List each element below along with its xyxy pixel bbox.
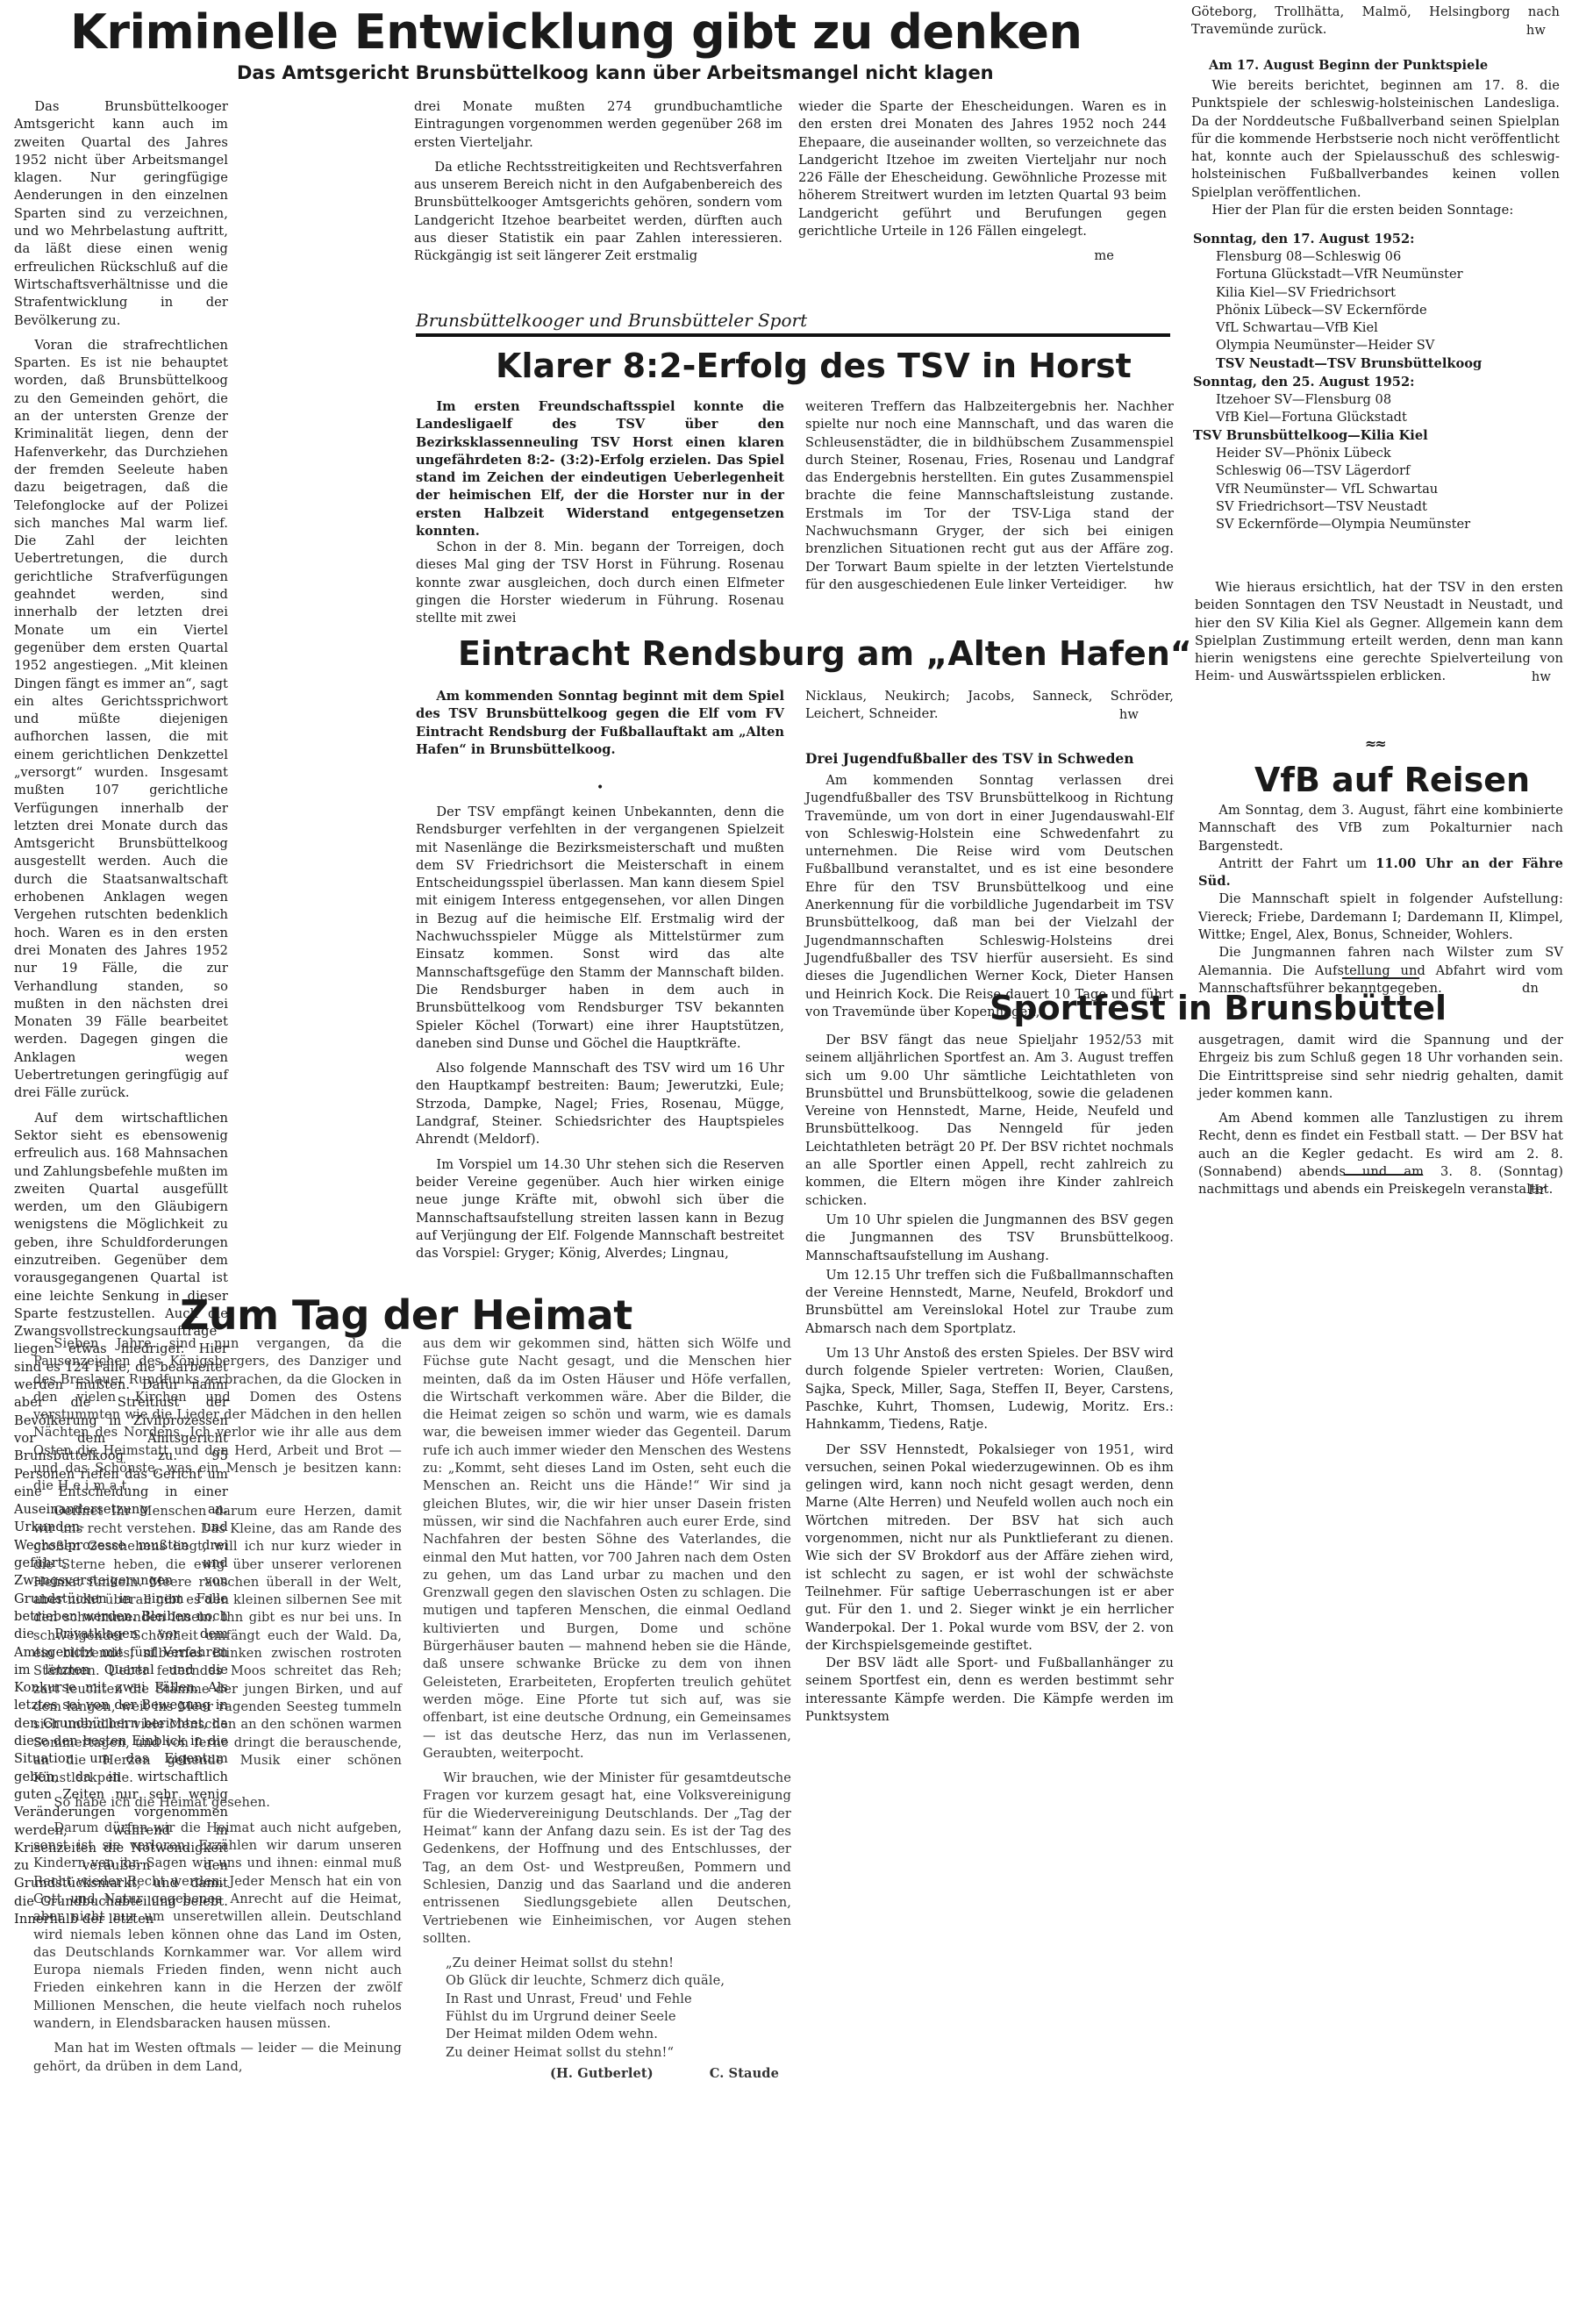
article8-paragraph: Man hat im Westen oftmals — leider — die… bbox=[33, 2040, 402, 2076]
article2-headline: Klarer 8:2-Erfolg des TSV in Horst bbox=[496, 346, 1132, 386]
article8-paragraph: Wir brauchen, wie der Minister für gesam… bbox=[423, 1770, 791, 1948]
fixture-row: Schleswig 06—TSV Lägerdorf bbox=[1193, 462, 1561, 480]
fixture-row: Phönix Lübeck—SV Eckernförde bbox=[1193, 302, 1561, 319]
article8-headline: Zum Tag der Heimat bbox=[180, 1288, 632, 1342]
article3-column-1: Der TSV empfängt keinen Unbekannten, den… bbox=[416, 804, 784, 1269]
fixture-row: Flensburg 08—Schleswig 06 bbox=[1193, 248, 1561, 266]
article5-intro: Wie bereits berichtet, beginnen am 17. 8… bbox=[1191, 77, 1560, 226]
article5-outro: Wie hieraus ersichtlich, hat der TSV in … bbox=[1195, 579, 1563, 686]
article3-paragraph: Also folgende Mannschaft des TSV wird um… bbox=[416, 1060, 784, 1148]
article8-paragraph: Oeffnet Ihr Menschen darum eure Herzen, … bbox=[33, 1503, 402, 1788]
article2-column-1: Schon in der 8. Min. begann der Torreige… bbox=[416, 539, 784, 634]
article6-body: Am Sonntag, dem 3. August, fährt eine ko… bbox=[1198, 802, 1563, 998]
article8-signature: C. Staude bbox=[710, 2065, 779, 2083]
poem: „Zu deiner Heimat sollst du stehn! Ob Gl… bbox=[423, 1955, 791, 2062]
article3-lead: Am kommenden Sonntag beginnt mit dem Spi… bbox=[416, 688, 784, 759]
article1-subheadline: Das Amtsgericht Brunsbüttelkoog kann übe… bbox=[237, 61, 994, 84]
article3-headline: Eintracht Rendsburg am „Alten Hafen“ bbox=[458, 633, 1192, 674]
article1-paragraph: Das Brunsbüttelkooger Amtsgericht kann a… bbox=[14, 98, 228, 330]
article1-signature: me bbox=[798, 247, 1167, 265]
article7-paragraph: Der BSV fängt das neue Spieljahr 1952/53… bbox=[805, 1032, 1174, 1210]
article7-paragraph: ausgetragen, damit wird die Spannung und… bbox=[1198, 1032, 1563, 1103]
article6-paragraph: Am Sonntag, dem 3. August, fährt eine ko… bbox=[1198, 802, 1563, 855]
poem-line: Der Heimat milden Odem wehn. bbox=[423, 2026, 791, 2043]
fixture-row: VfR Neumünster— VfL Schwartau bbox=[1193, 481, 1561, 498]
article2-paragraph: weiteren Treffern das Halbzeitergebnis h… bbox=[805, 398, 1174, 594]
article2-column-2: weiteren Treffern das Halbzeitergebnis h… bbox=[805, 398, 1174, 595]
wave-ornament-icon: ≈≈ bbox=[1365, 735, 1385, 752]
article1-headline: Kriminelle Entwicklung gibt zu denken bbox=[70, 5, 1123, 60]
fixture-row: VfB Kiel—Fortuna Glückstadt bbox=[1193, 409, 1561, 426]
divider bbox=[1344, 1174, 1423, 1176]
article2-paragraph: Schon in der 8. Min. begann der Torreige… bbox=[416, 539, 784, 627]
article5-headline: Am 17. August Beginn der Punktspiele bbox=[1209, 56, 1488, 75]
fixture-row: SV Eckernförde—Olympia Neumünster bbox=[1193, 516, 1561, 533]
article6-departure-prefix: Antritt der Fahrt um bbox=[1218, 856, 1375, 871]
article8-column-1: Sieben Jahre sind nun vergangen, da die … bbox=[33, 1335, 402, 2083]
matchday-date: Sonntag, den 25. August 1952: bbox=[1193, 373, 1561, 391]
fixture-row: Fortuna Glückstadt—VfR Neumünster bbox=[1193, 266, 1561, 283]
article8-paragraph: So habe ich die Heimat gesehen. bbox=[33, 1794, 402, 1812]
poem-line: „Zu deiner Heimat sollst du stehn! bbox=[423, 1955, 791, 1972]
article3-paragraph: Im Vorspiel um 14.30 Uhr stehen sich die… bbox=[416, 1156, 784, 1263]
separator-dot-icon: • bbox=[597, 781, 604, 795]
article4-headline: Drei Jugendfußballer des TSV in Schweden bbox=[805, 749, 1134, 769]
fixture-row-highlight: TSV Neustadt—TSV Brunsbüttelkoog bbox=[1193, 355, 1561, 373]
fixture-row: Olympia Neumünster—Heider SV bbox=[1193, 337, 1561, 354]
fixture-row: Itzehoer SV—Flensburg 08 bbox=[1193, 391, 1561, 409]
article7-paragraph: Um 12.15 Uhr treffen sich die Fußballman… bbox=[805, 1267, 1174, 1338]
article5-paragraph: Hier der Plan für die ersten beiden Sonn… bbox=[1191, 202, 1560, 219]
article7-paragraph: Um 13 Uhr Anstoß des ersten Spieles. Der… bbox=[805, 1345, 1174, 1434]
fixture-row: Heider SV—Phönix Lübeck bbox=[1193, 445, 1561, 462]
article7-column-1: Der BSV fängt das neue Spieljahr 1952/53… bbox=[805, 1032, 1174, 1733]
article2-lead: Im ersten Freundschaftsspiel konnte die … bbox=[416, 398, 784, 540]
fixture-row: VfL Schwartau—VfB Kiel bbox=[1193, 319, 1561, 337]
article8-paragraph: Darum dürfen wir die Heimat auch nicht a… bbox=[33, 1820, 402, 2034]
poem-line: In Rast und Unrast, Freud' und Fehle bbox=[423, 1991, 791, 2008]
article3-paragraph: Der TSV empfängt keinen Unbekannten, den… bbox=[416, 804, 784, 1053]
article3-column-2: Nicklaus, Neukirch; Jacobs, Sanneck, Sch… bbox=[805, 688, 1174, 724]
article6-headline: VfB auf Reisen bbox=[1254, 760, 1530, 800]
fixture-row: Kilia Kiel—SV Friedrichsort bbox=[1193, 284, 1561, 302]
matchday-date: Sonntag, den 17. August 1952: bbox=[1193, 230, 1561, 248]
article7-paragraph: Um 10 Uhr spielen die Jungmannen des BSV… bbox=[805, 1212, 1174, 1265]
article8-column-2: aus dem wir gekommen sind, hätten sich W… bbox=[423, 1335, 791, 2083]
article7-paragraph: Der BSV lädt alle Sport- und Fußballanhä… bbox=[805, 1655, 1174, 1726]
fixture-row-highlight: TSV Brunsbüttelkoog—Kilia Kiel bbox=[1193, 427, 1561, 445]
article4-paragraph: Am kommenden Sonntag verlassen drei Juge… bbox=[805, 772, 1174, 1021]
article7-paragraph: Der SSV Hennstedt, Pokalsieger von 1951,… bbox=[805, 1441, 1174, 1655]
article1-paragraph: wieder die Sparte der Ehescheidungen. Wa… bbox=[798, 98, 1167, 240]
article8-paragraph: Sieben Jahre sind nun vergangen, da die … bbox=[33, 1335, 402, 1496]
article2-lead-text: Im ersten Freundschaftsspiel konnte die … bbox=[416, 398, 784, 540]
article1-column-3: wieder die Sparte der Ehescheidungen. Wa… bbox=[798, 98, 1167, 266]
poem-line: Zu deiner Heimat sollst du stehn!“ bbox=[423, 2044, 791, 2062]
article1-paragraph: Da etliche Rechtsstreitigkeiten und Rech… bbox=[414, 159, 782, 266]
article3-lead-text: Am kommenden Sonntag beginnt mit dem Spi… bbox=[416, 688, 784, 759]
divider bbox=[1342, 977, 1419, 979]
poem-author: (H. Gutberlet) bbox=[550, 2065, 654, 2083]
article5-paragraph: Wie bereits berichtet, beginnen am 17. 8… bbox=[1191, 77, 1560, 202]
article1-column-2: drei Monate mußten 274 grundbuchamtliche… bbox=[414, 98, 782, 273]
article8-paragraph: aus dem wir gekommen sind, hätten sich W… bbox=[423, 1335, 791, 1763]
sport-section-title: Brunsbüttelkooger und Brunsbütteler Spor… bbox=[416, 309, 1170, 337]
poem-line: Fühlst du im Urgrund deiner Seele bbox=[423, 2008, 791, 2026]
article7-headline: Sportfest in Brunsbüttel bbox=[990, 988, 1447, 1028]
article4-continuation: Göteborg, Trollhätta, Malmö, Helsingborg… bbox=[1191, 4, 1560, 39]
fixture-row: SV Friedrichsort—TSV Neustadt bbox=[1193, 498, 1561, 516]
poem-line: Ob Glück dir leuchte, Schmerz dich quäle… bbox=[423, 1972, 791, 1990]
fixture-list: Sonntag, den 17. August 1952: Flensburg … bbox=[1193, 230, 1561, 533]
article7-paragraph: Am Abend kommen alle Tanzlustigen zu ihr… bbox=[1198, 1110, 1563, 1198]
article6-paragraph: Die Mannschaft spielt in folgender Aufst… bbox=[1198, 890, 1563, 944]
article1-paragraph: drei Monate mußten 274 grundbuchamtliche… bbox=[414, 98, 782, 152]
article1-paragraph: Voran die strafrechtlichen Sparten. Es i… bbox=[14, 337, 228, 1103]
